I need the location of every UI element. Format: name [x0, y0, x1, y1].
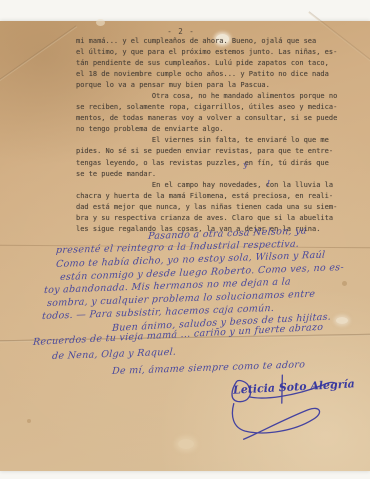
typed-letter-body: mi mamá... y el cumpleaños de ahora. Bue… — [76, 36, 337, 235]
paper-stain — [27, 419, 31, 423]
letter-page: - 2 - mi mamá... y el cumpleaños de ahor… — [0, 21, 370, 471]
handwritten-line: de Nena, Olga y Raquel. — [52, 347, 177, 362]
signature: Leticia Soto Alegría — [222, 370, 347, 444]
paper-stain — [178, 439, 194, 449]
ink-correction-mark: l — [267, 179, 270, 188]
paper-stain — [96, 19, 105, 26]
ink-correction-mark: y — [242, 160, 248, 170]
paper-stain — [342, 281, 347, 286]
page-number: - 2 - — [0, 27, 362, 36]
paper-stain — [336, 317, 348, 324]
